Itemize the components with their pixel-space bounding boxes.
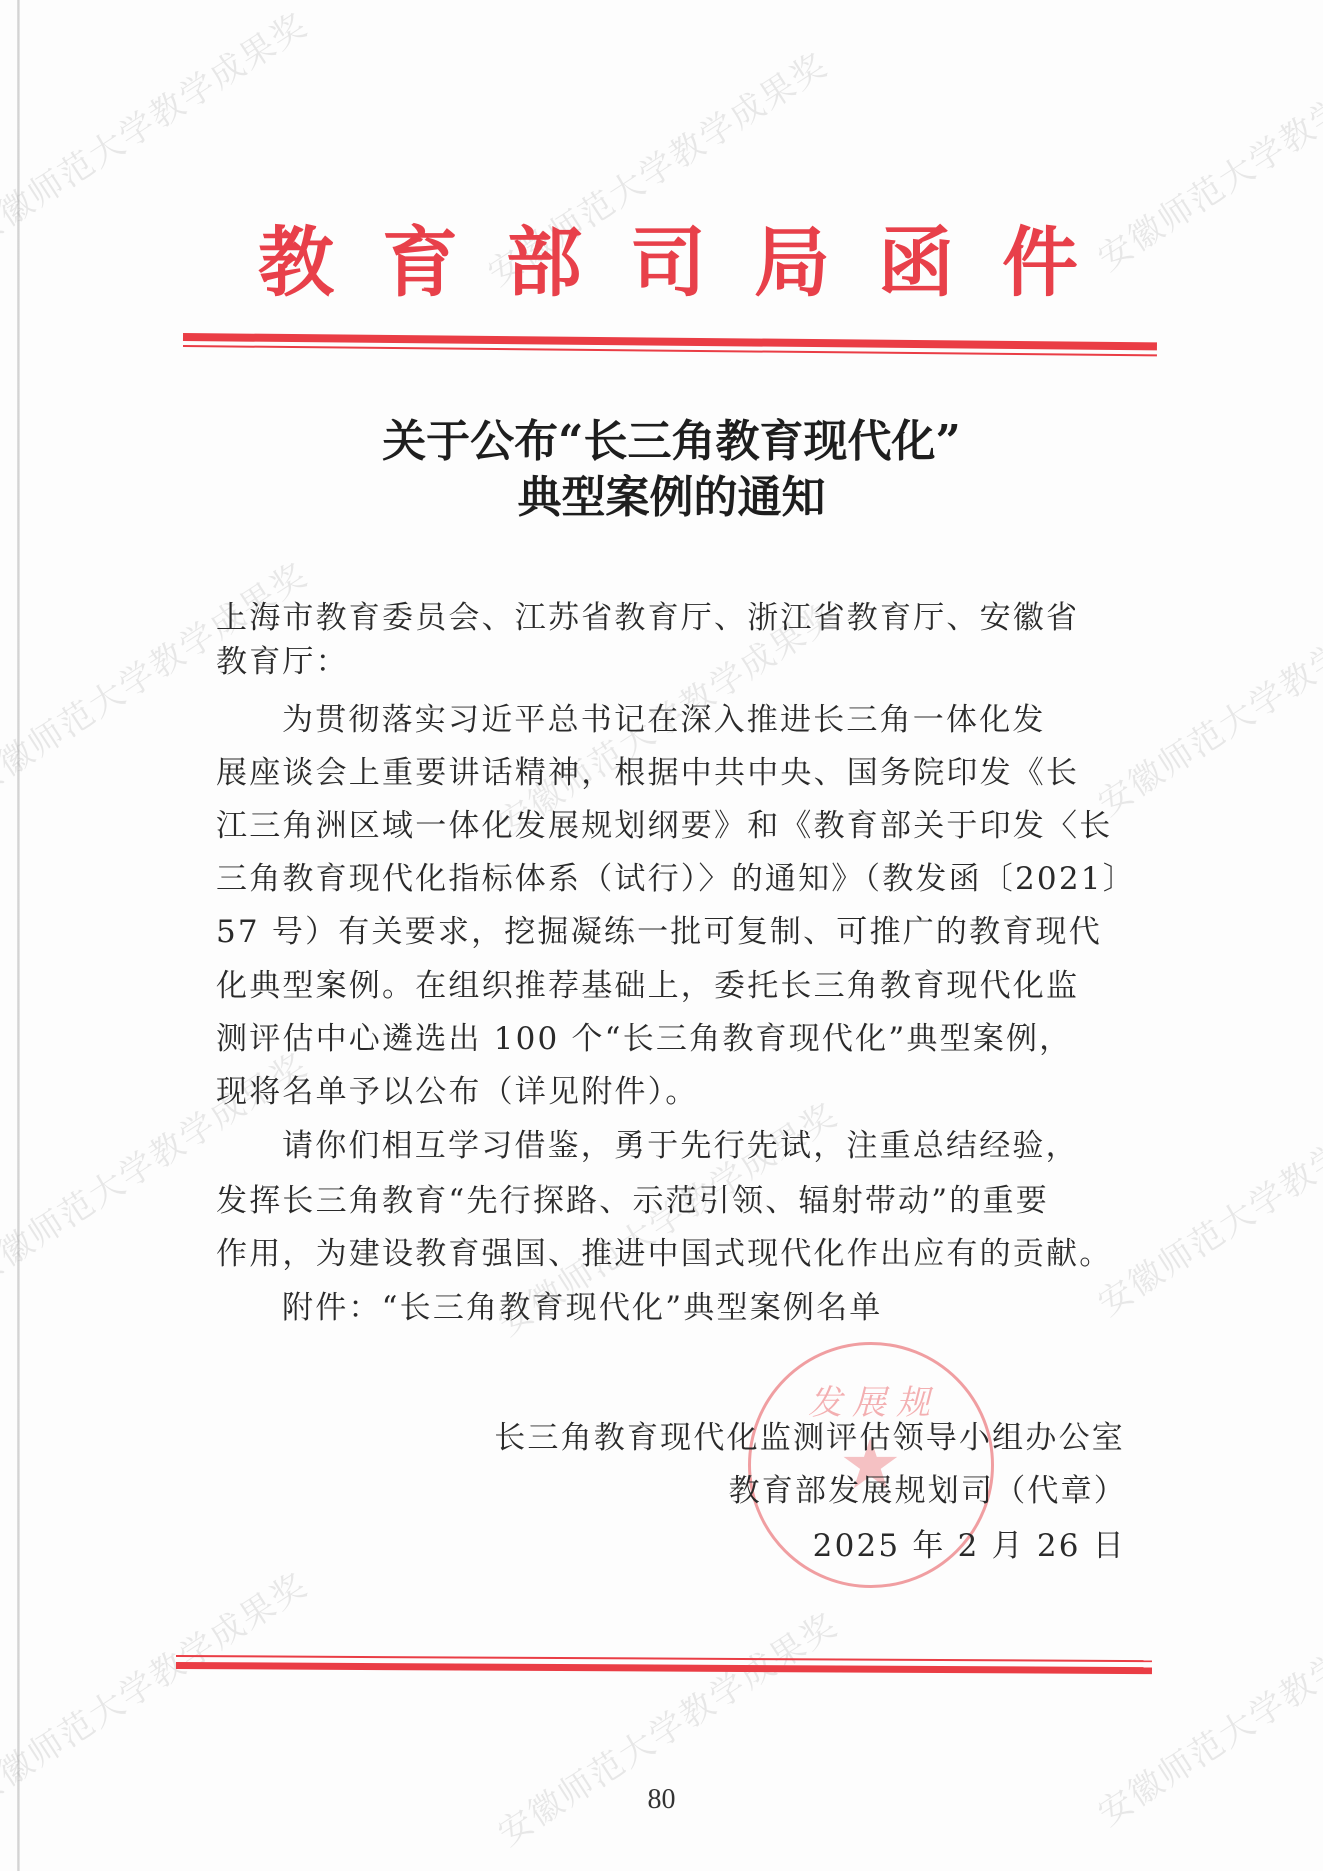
body-line: 三角教育现代化指标体系（试行）〉的通知》（教发函〔2021〕 xyxy=(216,859,1136,899)
page-number: 80 xyxy=(0,1784,1323,1816)
scan-edge xyxy=(17,0,20,1871)
body-line: 展座谈会上重要讲话精神，根据中共中央、国务院印发《长 xyxy=(216,753,1136,793)
body-line: 测评估中心遴选出 100 个“长三角教育现代化”典型案例， xyxy=(216,1019,1136,1059)
document-title-line-1: 关于公布“长三角教育现代化” xyxy=(0,414,1323,470)
body-line: 发挥长三角教育“先行探路、示范引领、辐射带动”的重要 xyxy=(216,1181,1136,1221)
body-line: 为贯彻落实习近平总书记在深入推进长三角一体化发 xyxy=(282,700,1202,740)
body-line: 现将名单予以公布（详见附件）。 xyxy=(216,1072,1136,1112)
masthead-char: 教 xyxy=(258,218,334,308)
addressee-line: 上海市教育委员会、江苏省教育厅、浙江省教育厅、安徽省 xyxy=(216,598,1136,638)
footer-rule-thin xyxy=(176,1655,1152,1662)
watermark: 安徽师范大学教学成果奖 xyxy=(487,1598,846,1855)
body-line: 57 号）有关要求，挖掘凝练一批可复制、可推广的教育现代 xyxy=(216,912,1136,952)
watermark: 安徽师范大学教学成果奖 xyxy=(0,1558,315,1815)
body-line: 请你们相互学习借鉴，勇于先行先试，注重总结经验， xyxy=(282,1126,1202,1166)
seal-text: 发展规 xyxy=(781,1375,967,1424)
addressee-line: 教育厅： xyxy=(216,642,1136,682)
body-line: 江三角洲区域一体化发展规划纲要》和《教育部关于印发〈长 xyxy=(216,806,1136,846)
masthead-char: 函 xyxy=(878,218,954,308)
masthead-char: 司 xyxy=(630,218,706,308)
masthead-char: 件 xyxy=(1002,218,1078,308)
footer-rule-thick xyxy=(176,1662,1152,1674)
watermark: 安徽师范大学教学成果奖 xyxy=(0,0,315,255)
document-title-line-2: 典型案例的通知 xyxy=(0,470,1323,526)
signature-org: 长三角教育现代化监测评估领导小组办公室 xyxy=(494,1418,1125,1458)
masthead-char: 局 xyxy=(754,218,830,308)
masthead: 教 育 部 司 局 函 件 xyxy=(258,218,1078,308)
signature-date: 2025 年 2 月 26 日 xyxy=(813,1526,1126,1566)
body-line: 作用，为建设教育强国、推进中国式现代化作出应有的贡献。 xyxy=(216,1234,1136,1274)
masthead-char: 育 xyxy=(382,218,458,308)
body-line: 化典型案例。在组织推荐基础上，委托长三角教育现代化监 xyxy=(216,966,1136,1006)
signature-dept: 教育部发展规划司（代章） xyxy=(729,1471,1127,1511)
attachment-line: 附件：“长三角教育现代化”典型案例名单 xyxy=(282,1288,1202,1328)
watermark: 安徽师范大学教学成果奖 xyxy=(1087,23,1323,280)
masthead-char: 部 xyxy=(506,218,582,308)
